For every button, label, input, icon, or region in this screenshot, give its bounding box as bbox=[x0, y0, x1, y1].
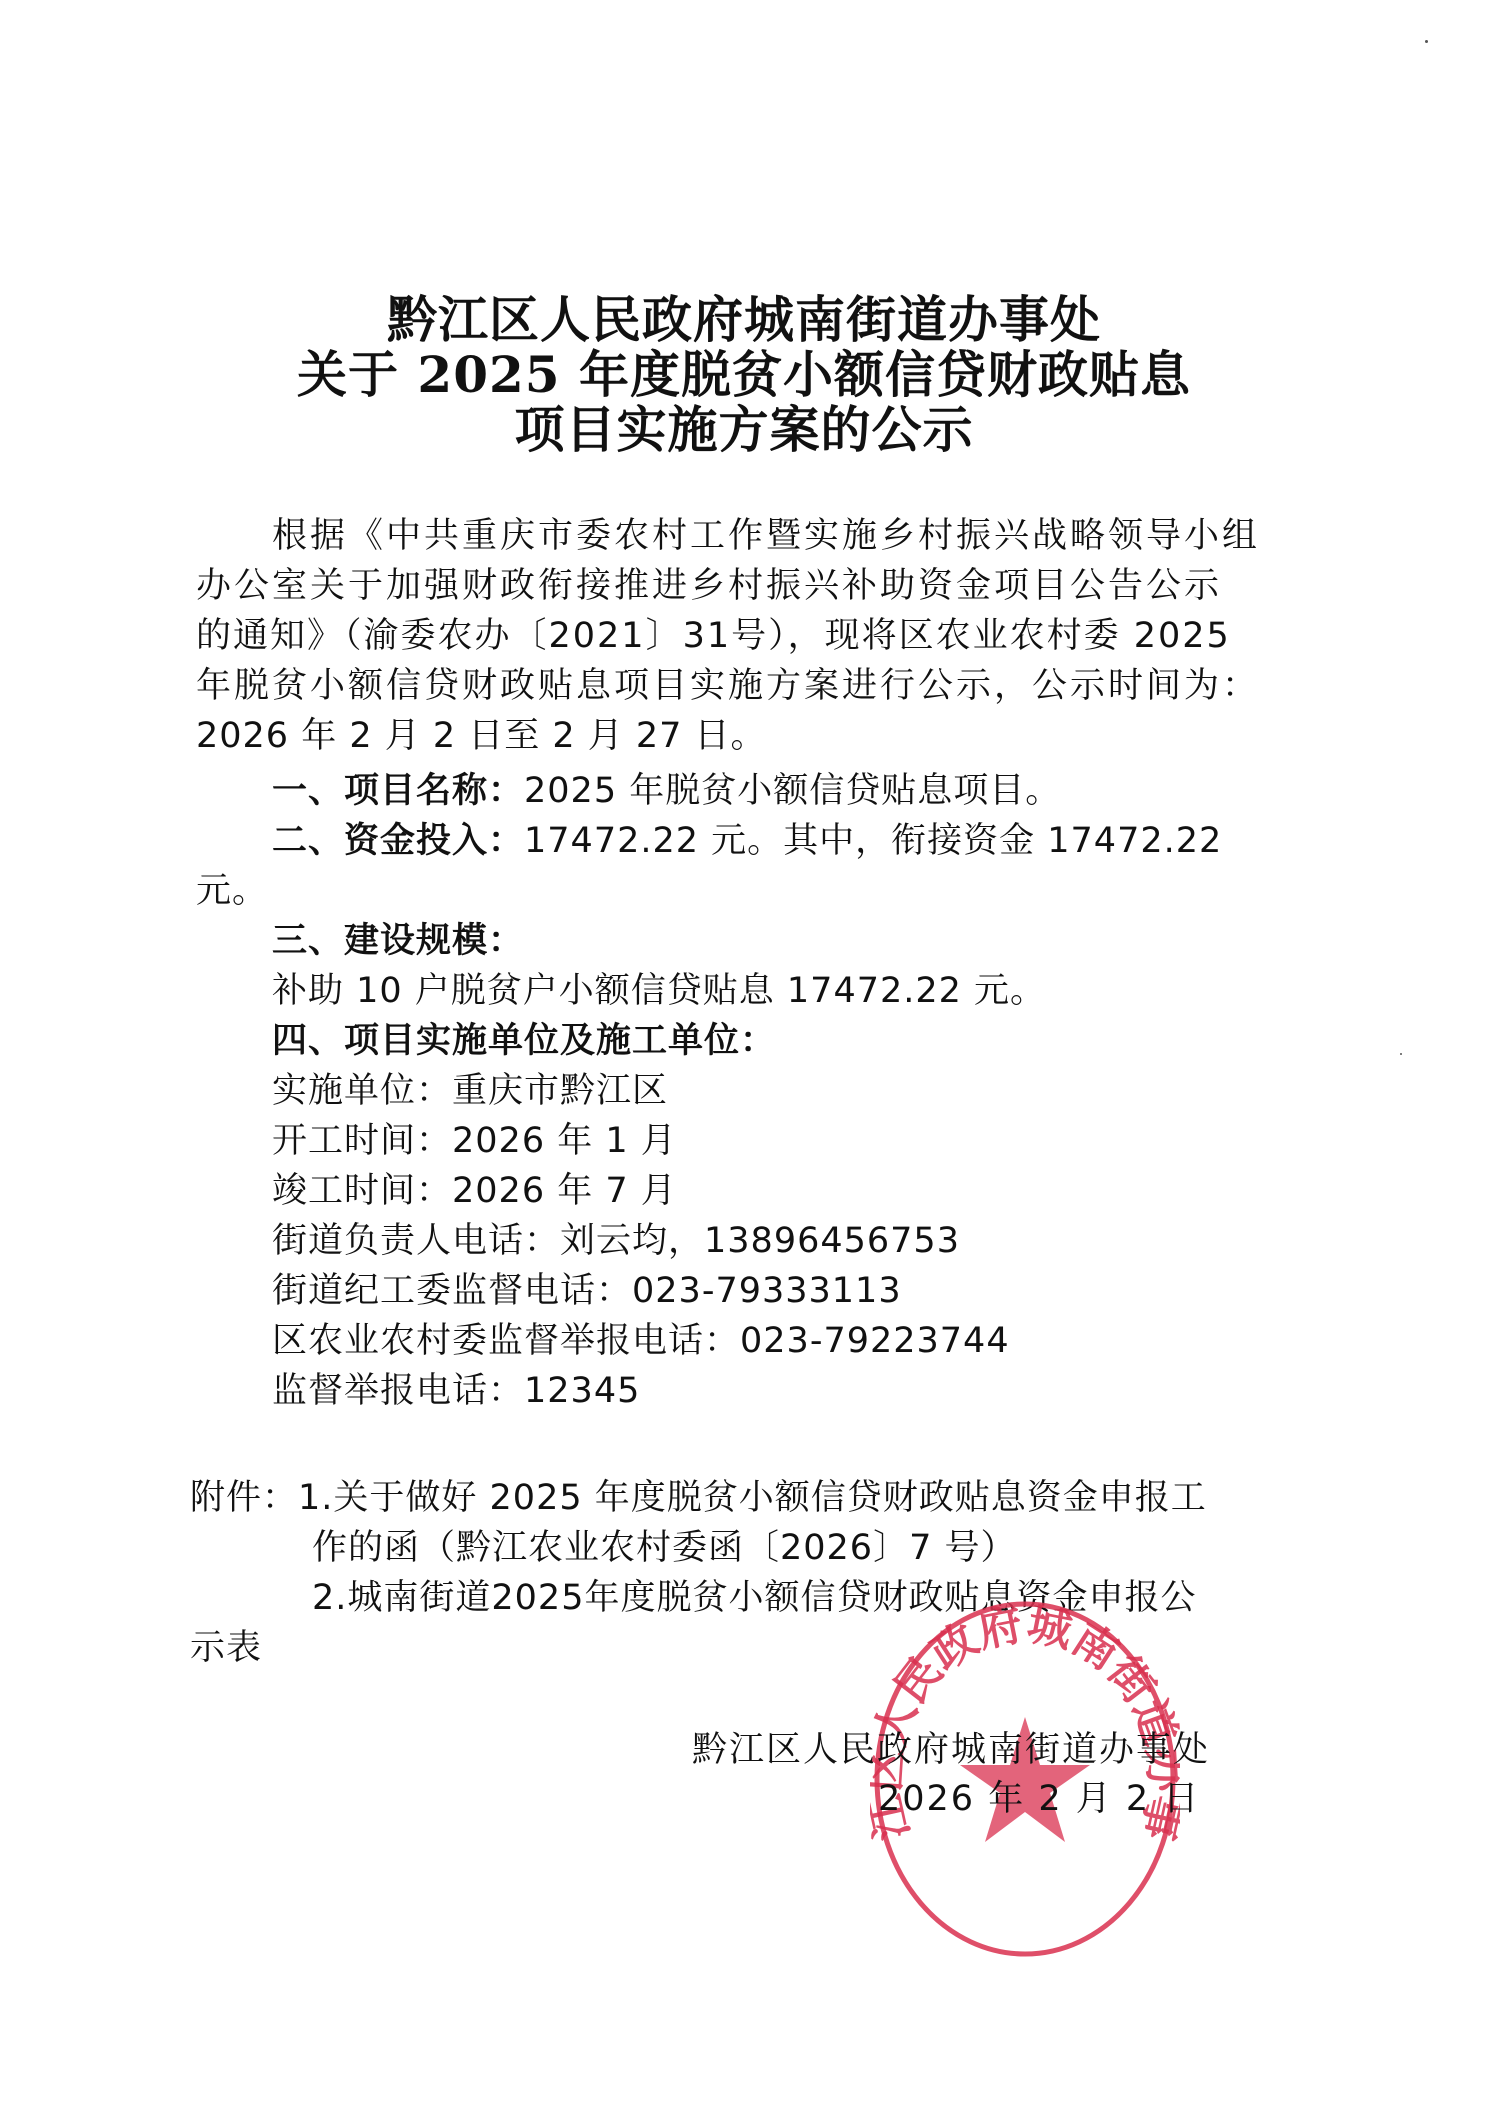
intro-line-4: 年脱贫小额信贷财政贴息项目实施方案进行公示，公示时间为： bbox=[196, 658, 1260, 708]
detail-agri-report-phone: 区农业农村委监督举报电话：023-79223744 bbox=[272, 1313, 1010, 1363]
detail-value: 刘云均，13896456753 bbox=[560, 1221, 960, 1261]
detail-label: 开工时间： bbox=[272, 1121, 452, 1161]
detail-value: 12345 bbox=[524, 1371, 640, 1411]
detail-label: 区农业农村委监督举报电话： bbox=[272, 1321, 740, 1361]
intro-line-1: 根据《中共重庆市委农村工作暨实施乡村振兴战略领导小组 bbox=[272, 508, 1260, 558]
section-3-value: 补助 10 户脱贫户小额信贷贴息 17472.22 元。 bbox=[272, 963, 1046, 1013]
intro-line-2: 办公室关于加强财政衔接推进乡村振兴补助资金项目公告公示 bbox=[196, 558, 1222, 608]
section-2-value: 17472.22 元。其中，衔接资金 17472.22 bbox=[524, 821, 1222, 861]
attachment-item-2-line-2: 示表 bbox=[190, 1620, 262, 1670]
attachment-1: 1.关于做好 2025 年度脱贫小额信贷财政贴息资金申报工 bbox=[298, 1478, 1207, 1518]
section-1: 一、项目名称：2025 年脱贫小额信贷贴息项目。 bbox=[272, 763, 1061, 813]
detail-discipline-phone: 街道纪工委监督电话：023-79333113 bbox=[272, 1263, 902, 1313]
detail-label: 监督举报电话： bbox=[272, 1371, 524, 1411]
detail-completion-time: 竣工时间：2026 年 7 月 bbox=[272, 1163, 677, 1213]
section-3-label: 三、建设规模： bbox=[272, 913, 524, 963]
section-2-label: 二、资金投入： bbox=[272, 821, 524, 861]
signature-organization: 黔江区人民政府城南街道办事处 bbox=[692, 1722, 1210, 1772]
title-line-3: 项目实施方案的公示 bbox=[0, 400, 1488, 460]
detail-label: 街道纪工委监督电话： bbox=[272, 1271, 632, 1311]
intro-line-5: 2026 年 2 月 2 日至 2 月 27 日。 bbox=[196, 708, 767, 758]
detail-value: 023-79223744 bbox=[740, 1321, 1010, 1361]
detail-street-contact: 街道负责人电话：刘云均，13896456753 bbox=[272, 1213, 960, 1263]
section-4-label: 四、项目实施单位及施工单位： bbox=[272, 1013, 776, 1063]
section-2-continued: 元。 bbox=[196, 863, 268, 913]
section-2: 二、资金投入：17472.22 元。其中，衔接资金 17472.22 bbox=[272, 813, 1222, 863]
detail-value: 重庆市黔江区 bbox=[452, 1071, 668, 1111]
detail-label: 实施单位： bbox=[272, 1071, 452, 1111]
detail-label: 竣工时间： bbox=[272, 1171, 452, 1211]
signature-date: 2026 年 2 月 2 日 bbox=[878, 1771, 1200, 1821]
detail-value: 2026 年 7 月 bbox=[452, 1171, 677, 1211]
detail-label: 街道负责人电话： bbox=[272, 1221, 560, 1261]
scan-speck bbox=[1400, 1053, 1402, 1055]
scan-speck bbox=[1425, 40, 1428, 43]
attachment-item-1-line-2: 作的函（黔江农业农村委函〔2026〕7 号） bbox=[312, 1520, 1016, 1570]
document-page: 黔江区人民政府城南街道办事处 关于 2025 年度脱贫小额信贷财政贴息 项目实施… bbox=[0, 0, 1488, 2104]
detail-value: 023-79333113 bbox=[632, 1271, 902, 1311]
title-line-2: 关于 2025 年度脱贫小额信贷财政贴息 bbox=[0, 345, 1488, 405]
attachment-label: 附件： bbox=[190, 1478, 298, 1518]
detail-implementing-unit: 实施单位：重庆市黔江区 bbox=[272, 1063, 668, 1113]
intro-line-3: 的通知》（渝委农办〔2021〕31号），现将区农业农村委 2025 bbox=[196, 608, 1231, 658]
detail-report-hotline: 监督举报电话：12345 bbox=[272, 1363, 640, 1413]
detail-value: 2026 年 1 月 bbox=[452, 1121, 677, 1161]
section-1-value: 2025 年脱贫小额信贷贴息项目。 bbox=[524, 771, 1061, 811]
title-line-1: 黔江区人民政府城南街道办事处 bbox=[0, 290, 1488, 350]
detail-start-time: 开工时间：2026 年 1 月 bbox=[272, 1113, 677, 1163]
attachment-item-1-line-1: 附件：1.关于做好 2025 年度脱贫小额信贷财政贴息资金申报工 bbox=[190, 1470, 1207, 1520]
section-1-label: 一、项目名称： bbox=[272, 771, 524, 811]
